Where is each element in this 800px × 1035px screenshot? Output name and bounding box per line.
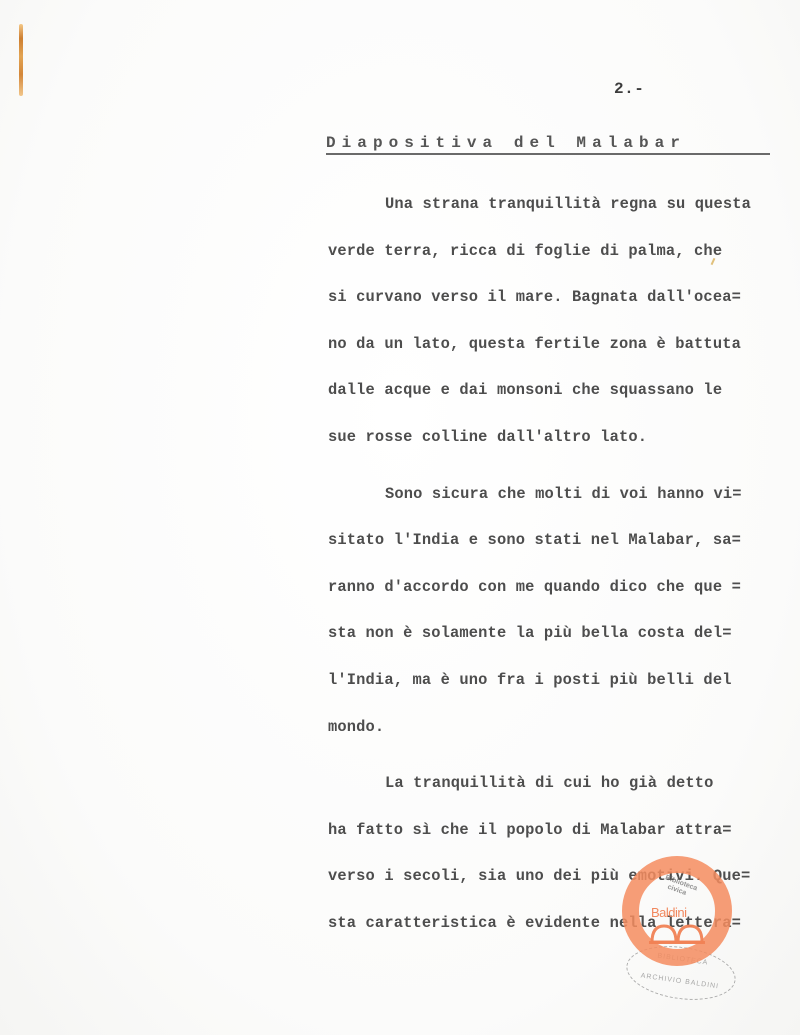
archive-stamp-bottom-text: ARCHIVIO BALDINI (626, 970, 734, 992)
text-line: ha fatto sì che il popolo di Malabar att… (328, 819, 778, 866)
text-line: dalle acque e dai monsoni che squassano … (328, 379, 778, 426)
page-number: 2.- (614, 80, 644, 98)
paragraph: Sono sicura che molti di voi hanno vi= s… (328, 483, 778, 763)
text-line: no da un lato, questa fertile zona è bat… (328, 333, 778, 380)
text-line: sue rosse colline dall'altro lato. (328, 426, 778, 473)
text-line: mondo. (328, 716, 778, 763)
text-line: sta non è solamente la più bella costa d… (328, 622, 778, 669)
document-title: Diapositiva del Malabar (326, 134, 770, 155)
paragraph: Una strana tranquillità regna su questa … (328, 193, 778, 473)
text-line: verde terra, ricca di foglie di palma, c… (328, 240, 778, 287)
library-logo-stamp: Biblioteca civica Baldini (622, 856, 732, 966)
text-line: l'India, ma è uno fra i posti più belli … (328, 669, 778, 716)
text-line: sitato l'India e sono stati nel Malabar,… (328, 529, 778, 576)
text-line: ranno d'accordo con me quando dico che q… (328, 576, 778, 623)
document-page: 2.- Diapositiva del Malabar Una strana t… (0, 0, 800, 1035)
text-line: Una strana tranquillità regna su questa (328, 193, 778, 240)
open-book-icon (649, 922, 705, 944)
text-line: si curvano verso il mare. Bagnata dall'o… (328, 286, 778, 333)
text-line: Sono sicura che molti di voi hanno vi= (328, 483, 778, 530)
text-line: La tranquillità di cui ho già detto (328, 772, 778, 819)
stamp-small-text: Biblioteca civica (661, 874, 695, 899)
document-body: Una strana tranquillità regna su questa … (328, 193, 778, 959)
margin-stain (19, 24, 23, 96)
stamp-brand-name: Baldini (651, 905, 687, 920)
